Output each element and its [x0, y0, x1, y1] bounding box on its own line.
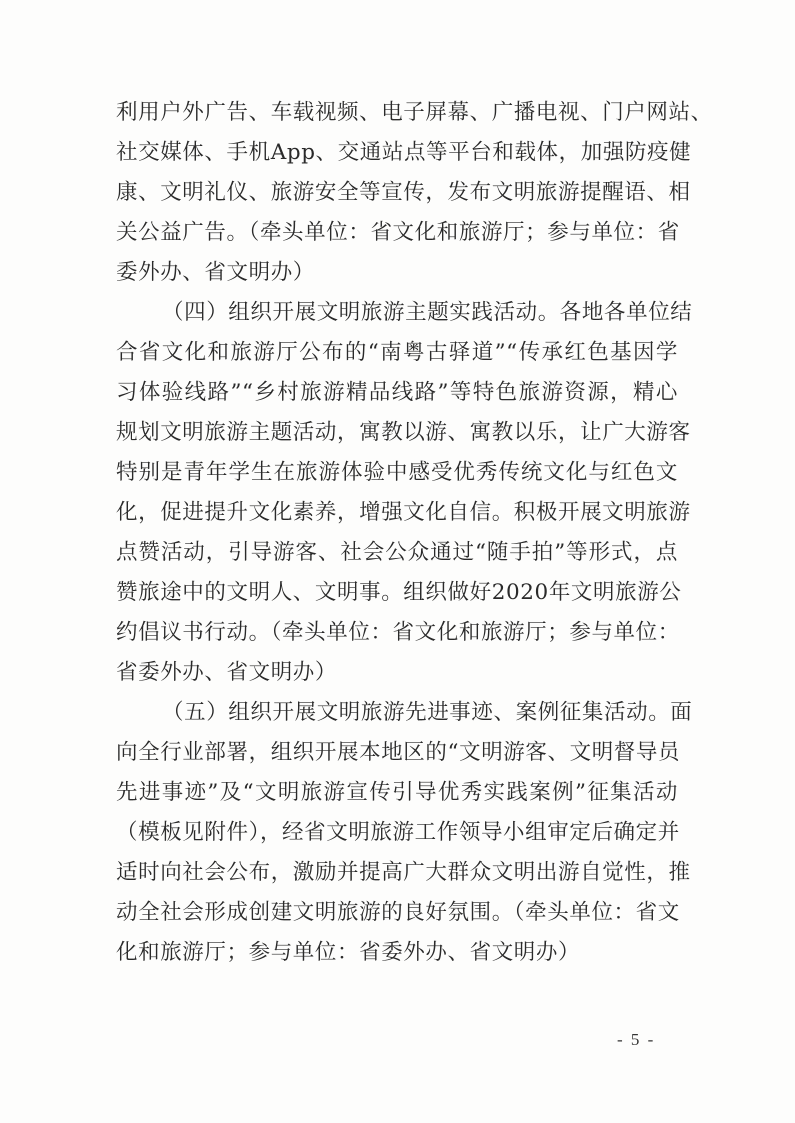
paragraph-section-5: （五）组织开展文明旅游先进事迹、案例征集活动。面 向全行业部署，组织开展本地区的…	[116, 693, 678, 973]
text-line: 动全社会形成创建文明旅游的良好氛围。（牵头单位：省文	[116, 893, 678, 933]
text-line: 合省文化和旅游厅公布的“南粤古驿道”“传承红色基因学	[116, 333, 678, 373]
text-line: 点赞活动，引导游客、社会公众通过“随手拍”等形式，点	[116, 533, 678, 573]
text-line: 社交媒体、手机App、交通站点等平台和载体，加强防疫健	[116, 133, 678, 173]
text-line: （模板见附件），经省文明旅游工作领导小组审定后确定并	[116, 813, 678, 853]
text-line: 习体验线路”“乡村旅游精品线路”等特色旅游资源，精心	[116, 373, 678, 413]
document-body: 利用户外广告、车载视频、电子屏幕、广播电视、门户网站、 社交媒体、手机App、交…	[116, 93, 678, 973]
paragraph-continuation: 利用户外广告、车载视频、电子屏幕、广播电视、门户网站、 社交媒体、手机App、交…	[116, 93, 678, 293]
text-line: 约倡议书行动。（牵头单位：省文化和旅游厅；参与单位：	[116, 613, 678, 653]
text-line: 特别是青年学生在旅游体验中感受优秀传统文化与红色文	[116, 453, 678, 493]
text-line: 赞旅途中的文明人、文明事。组织做好2020年文明旅游公	[116, 573, 678, 613]
section-heading-line: （四）组织开展文明旅游主题实践活动。各地各单位结	[116, 293, 678, 333]
text-line: 关公益广告。（牵头单位：省文化和旅游厅；参与单位：省	[116, 213, 678, 253]
text-line: 规划文明旅游主题活动，寓教以游、寓教以乐，让广大游客	[116, 413, 678, 453]
text-line: 化和旅游厅；参与单位：省委外办、省文明办）	[116, 933, 678, 973]
section-heading-line: （五）组织开展文明旅游先进事迹、案例征集活动。面	[116, 693, 678, 733]
paragraph-section-4: （四）组织开展文明旅游主题实践活动。各地各单位结 合省文化和旅游厅公布的“南粤古…	[116, 293, 678, 693]
text-line: 适时向社会公布，激励并提高广大群众文明出游自觉性，推	[116, 853, 678, 893]
text-line: 化，促进提升文化素养，增强文化自信。积极开展文明旅游	[116, 493, 678, 533]
page-number: - 5 -	[617, 1030, 655, 1050]
text-line: 利用户外广告、车载视频、电子屏幕、广播电视、门户网站、	[116, 93, 678, 133]
text-line: 向全行业部署，组织开展本地区的“文明游客、文明督导员	[116, 733, 678, 773]
text-line: 康、文明礼仪、旅游安全等宣传，发布文明旅游提醒语、相	[116, 173, 678, 213]
text-line: 省委外办、省文明办）	[116, 653, 678, 693]
text-line: 委外办、省文明办）	[116, 253, 678, 293]
text-line: 先进事迹”及“文明旅游宣传引导优秀实践案例”征集活动	[116, 773, 678, 813]
